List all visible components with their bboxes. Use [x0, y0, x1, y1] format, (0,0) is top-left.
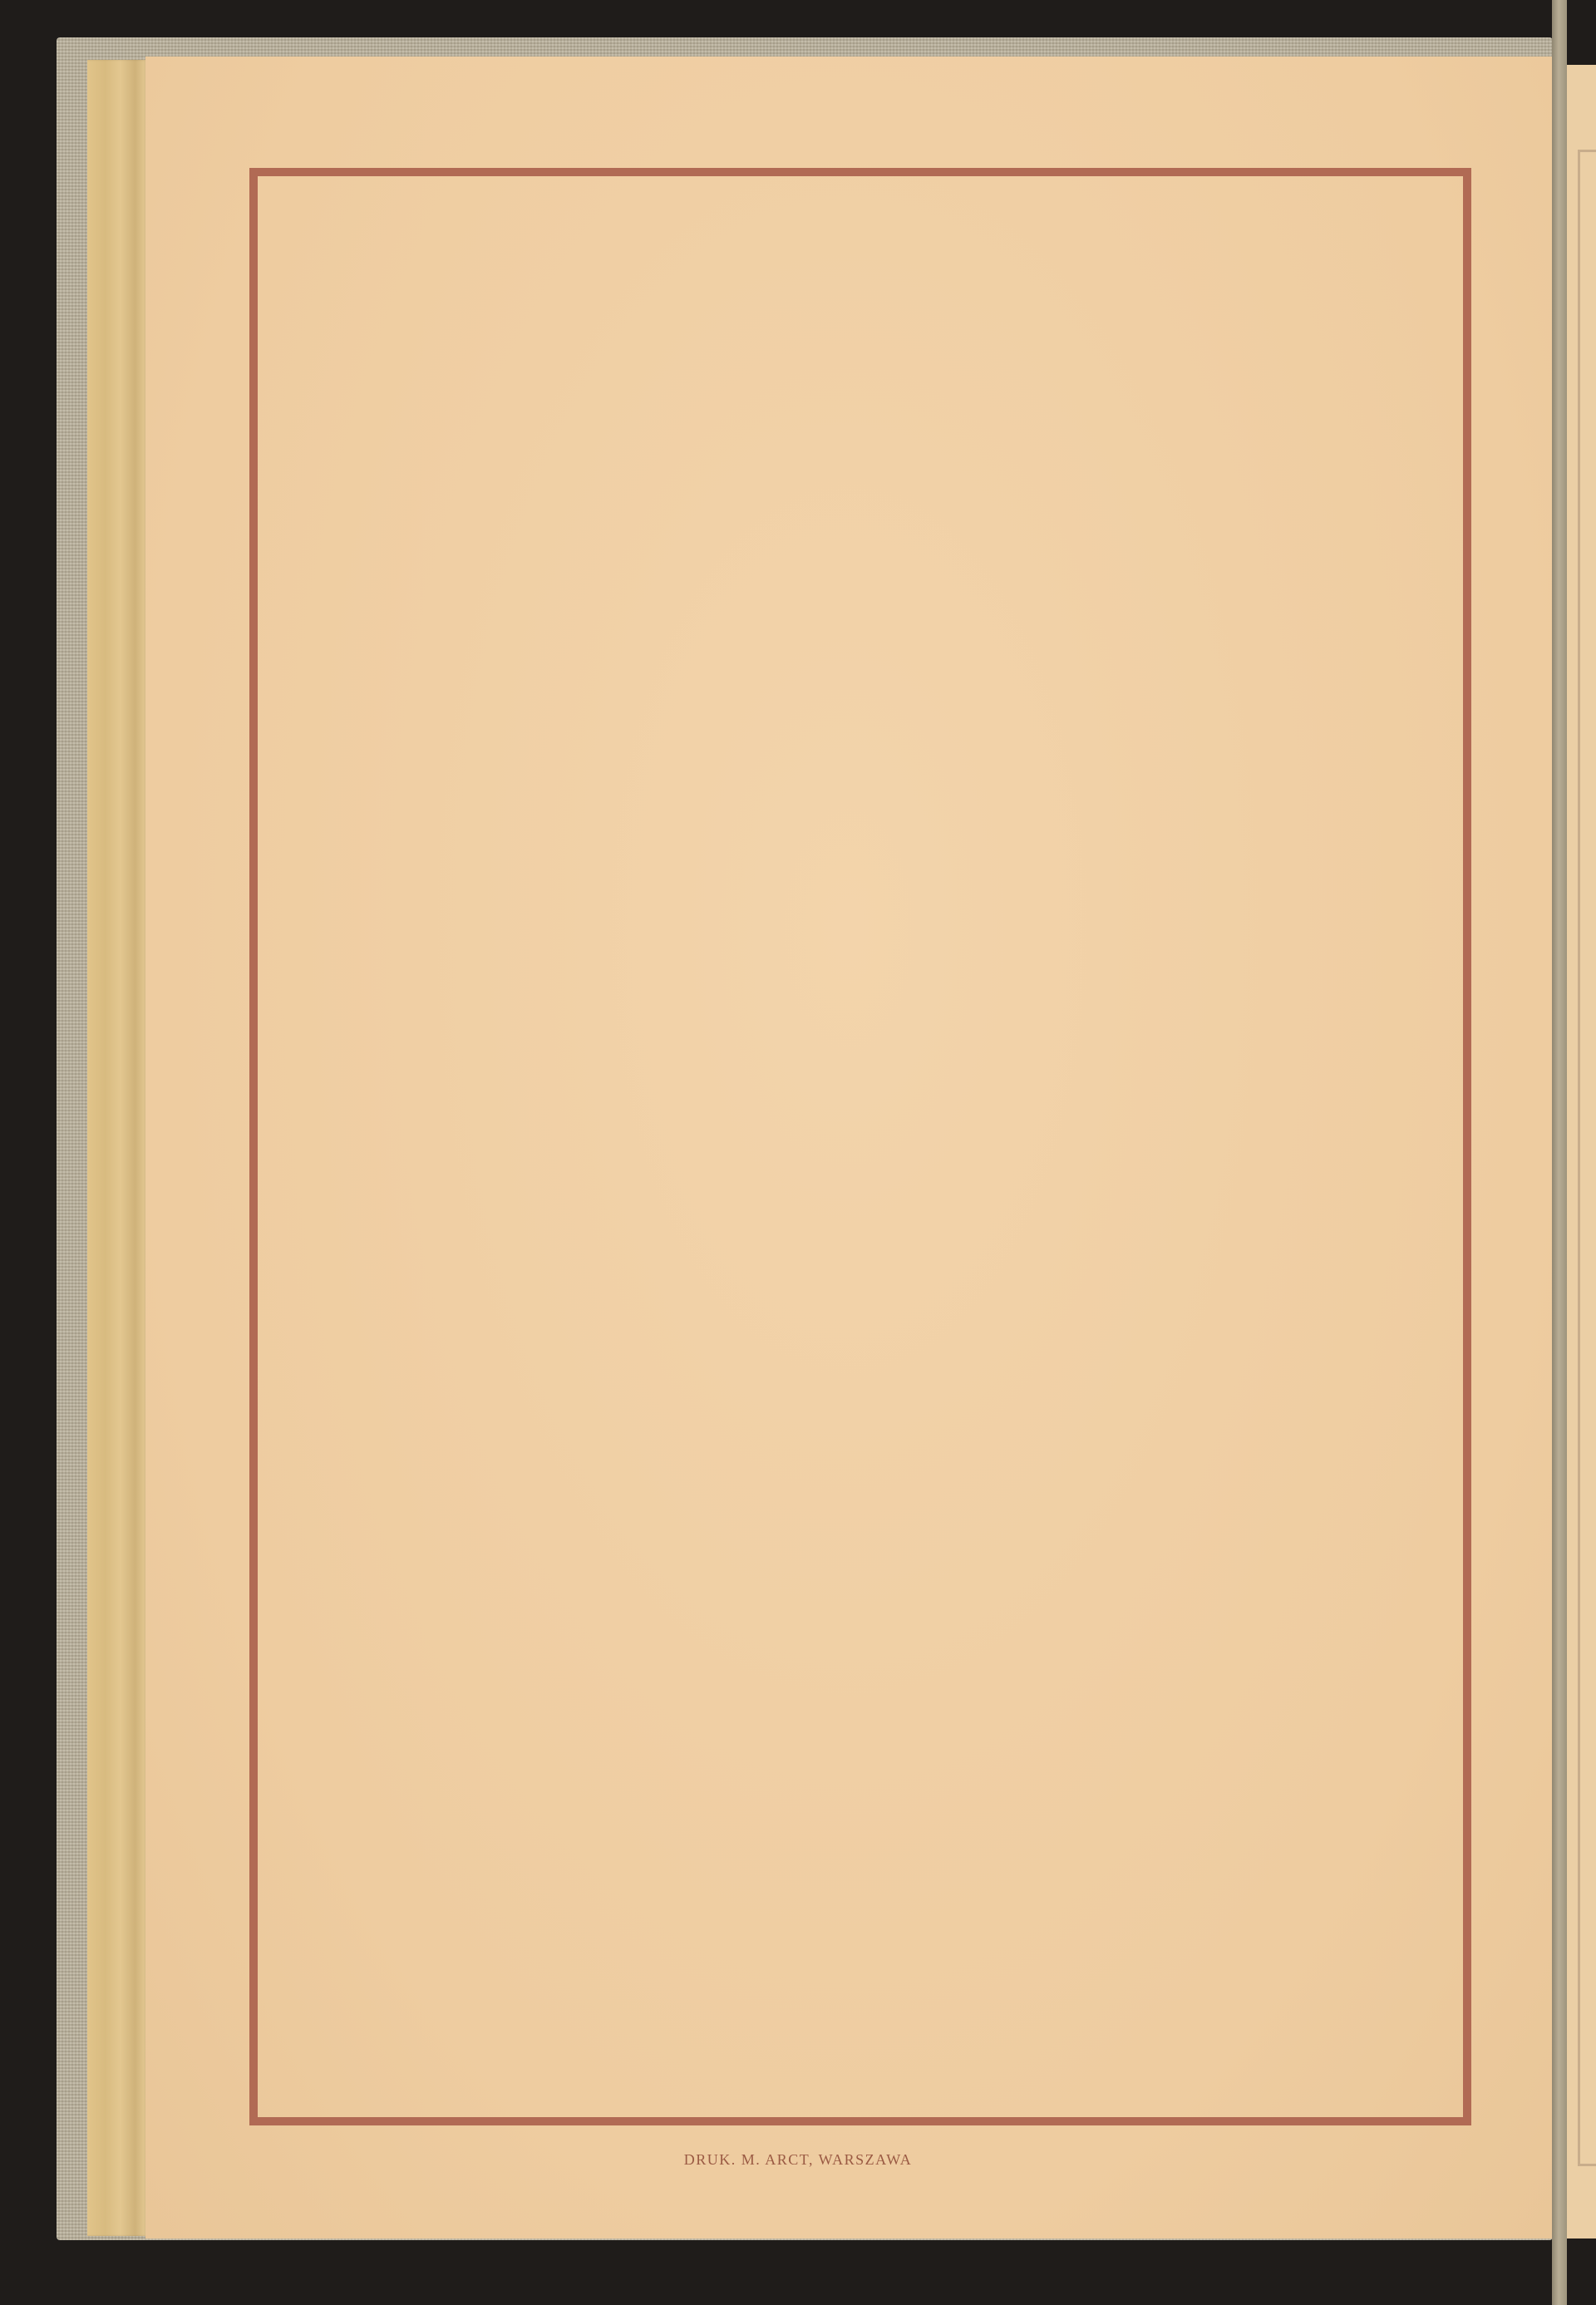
book-spine-gutter	[1552, 0, 1567, 2305]
page-edges	[87, 60, 147, 2236]
decorative-red-border-frame	[249, 168, 1471, 2125]
printer-imprint: DRUK. M. ARCT, WARSZAWA	[0, 2151, 1596, 2169]
facing-page-frame	[1578, 150, 1596, 2166]
